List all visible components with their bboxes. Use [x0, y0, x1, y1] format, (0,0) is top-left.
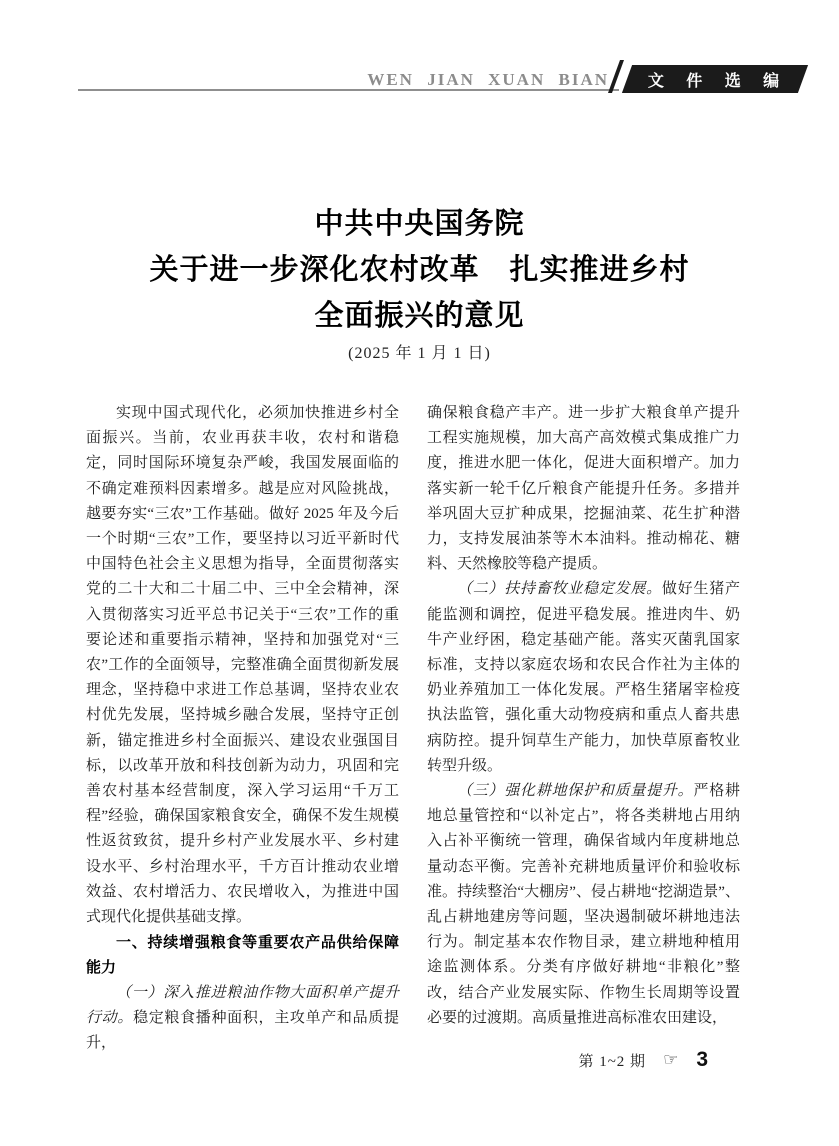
item-3-paragraph: （三）强化耕地保护和质量提升。严格耕地总量管控和“以补定占”，将各类耕地占用纳入…	[427, 779, 740, 1031]
right-column: 确保粮食稳产丰产。进一步扩大粮食单产提升工程实施规模，加大高产高效模式集成推广力…	[427, 401, 740, 1031]
journal-badge: 文 件 选 编	[614, 60, 803, 93]
footer-page-number: 3	[696, 1048, 709, 1072]
item-3-lead: （三）强化耕地保护和质量提升。	[457, 783, 693, 799]
item-2-text: 做好生猪产能监测和调控，促进平稳发展。推进肉牛、奶牛产业纾困，稳定基础产能。落实…	[427, 581, 740, 773]
badge-box: 文 件 选 编	[622, 65, 809, 93]
badge-slash-decoration	[608, 60, 624, 93]
journal-pinyin-title: WEN JIAN XUAN BIAN	[367, 70, 609, 90]
document-title: 中共中央国务院 关于进一步深化农村改革 扎实推进乡村 全面振兴的意见	[0, 201, 839, 339]
document-title-line-2: 关于进一步深化农村改革 扎实推进乡村	[0, 247, 839, 293]
footer-issue-label: 第 1~2 期	[578, 1050, 646, 1071]
page-footer: 第 1~2 期 ☞ 3	[578, 1048, 709, 1072]
document-page: WEN JIAN XUAN BIAN 文 件 选 编 中共中央国务院 关于进一步…	[0, 0, 839, 1146]
item-2-lead: （二）扶持畜牧业稳定发展。	[457, 581, 662, 597]
left-column: 实现中国式现代化，必须加快推进乡村全面振兴。当前，农业再获丰收，农村和谐稳定，同…	[86, 401, 399, 1056]
section-1-heading: 一、持续增强粮食等重要农产品供给保障能力	[86, 930, 399, 980]
item-1-paragraph-left: （一）深入推进粮油作物大面积单产提升行动。稳定粮食播种面积，主攻单产和品质提升，	[86, 981, 399, 1057]
badge-label: 文 件 选 编	[642, 68, 788, 91]
item-1-text-left: 稳定粮食播种面积，主攻单产和品质提升，	[86, 1010, 399, 1051]
item-3-text: 严格耕地总量管控和“以补定占”，将各类耕地占用纳入占补平衡统一管理，确保省域内年…	[427, 783, 740, 1026]
document-title-line-1: 中共中央国务院	[0, 201, 839, 247]
item-2-paragraph: （二）扶持畜牧业稳定发展。做好生猪产能监测和调控，促进平稳发展。推进肉牛、奶牛产…	[427, 577, 740, 779]
document-title-line-3: 全面振兴的意见	[0, 293, 839, 339]
item-1-paragraph-continued: 确保粮食稳产丰产。进一步扩大粮食单产提升工程实施规模，加大高产高效模式集成推广力…	[427, 401, 740, 577]
document-date: (2025 年 1 月 1 日)	[0, 340, 839, 363]
intro-paragraph: 实现中国式现代化，必须加快推进乡村全面振兴。当前，农业再获丰收，农村和谐稳定，同…	[86, 401, 399, 930]
pointing-hand-icon: ☞	[663, 1050, 679, 1070]
